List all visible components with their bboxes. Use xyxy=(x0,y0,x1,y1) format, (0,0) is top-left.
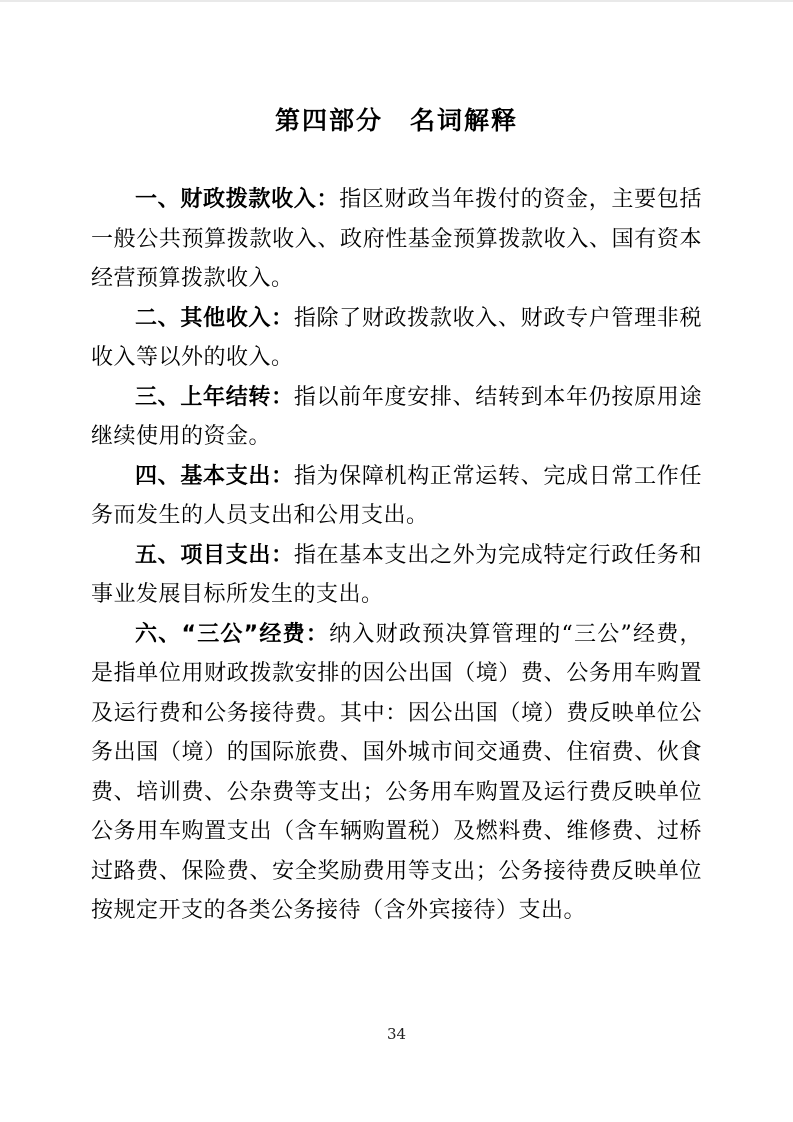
term-label: 五、项目支出： xyxy=(135,543,294,568)
term-paragraph-fiscal-appropriation-income: 一、财政拨款收入：指区财政当年拨付的资金，主要包括一般公共预算拨款收入、政府性基… xyxy=(91,180,702,299)
term-paragraph-three-public-funds: 六、“三公”经费：纳入财政预决算管理的“三公”经费，是指单位用财政拨款安排的因公… xyxy=(91,615,702,931)
term-label: 二、其他收入： xyxy=(135,306,294,331)
document-body: 一、财政拨款收入：指区财政当年拨付的资金，主要包括一般公共预算拨款收入、政府性基… xyxy=(91,180,702,931)
term-paragraph-project-expenditure: 五、项目支出：指在基本支出之外为完成特定行政任务和事业发展目标所发生的支出。 xyxy=(91,536,702,615)
term-label: 四、基本支出： xyxy=(135,464,294,489)
page-number: 34 xyxy=(0,1024,793,1044)
document-page: 第四部分 名词解释 一、财政拨款收入：指区财政当年拨付的资金，主要包括一般公共预… xyxy=(0,0,793,1122)
term-label: 一、财政拨款收入： xyxy=(135,187,339,212)
term-paragraph-basic-expenditure: 四、基本支出：指为保障机构正常运转、完成日常工作任务而发生的人员支出和公用支出。 xyxy=(91,457,702,536)
term-definition: 纳入财政预决算管理的“三公”经费，是指单位用财政拨款安排的因公出国（境）费、公务… xyxy=(91,622,702,924)
term-label: 三、上年结转： xyxy=(135,385,294,410)
term-label: 六、“三公”经费： xyxy=(135,622,329,647)
page-title: 第四部分 名词解释 xyxy=(0,105,793,137)
term-paragraph-other-income: 二、其他收入：指除了财政拨款收入、财政专户管理非税收入等以外的收入。 xyxy=(91,299,702,378)
term-paragraph-carryover-from-previous-year: 三、上年结转：指以前年度安排、结转到本年仍按原用途继续使用的资金。 xyxy=(91,378,702,457)
